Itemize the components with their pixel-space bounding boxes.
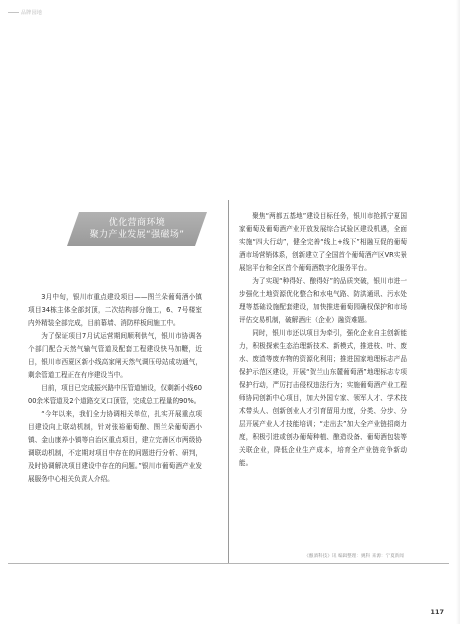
section-label: 品牌园地 [21, 9, 42, 16]
footer-rule [8, 563, 449, 564]
paragraph: “今年以来，我们全力协调相关单位，扎实开展重点项目建设向上联动机制，针对张裕葡萄… [28, 408, 202, 486]
article-source-credit: 《酿酒科技》讯 编辑整理：姚科 来源：宁夏新闻 [304, 553, 404, 559]
paragraph: 为了实现“种得好、酿得好”的品质突破，银川市进一步强化土地资源优化整合和水电气路… [239, 275, 407, 327]
column-divider [228, 200, 229, 564]
right-column: 聚焦“两都五基地”建设目标任务，银川市抢抓宁夏国家葡萄及葡萄酒产业开放发展综合试… [239, 210, 407, 470]
banner-title-line-1: 优化营商环境 [109, 217, 165, 229]
left-column: 3月中旬，银川市重点建设项目——图兰朵葡萄酒小镇项目34栋主体全部封顶，二次结构… [28, 291, 202, 486]
paragraph: 3月中旬，银川市重点建设项目——图兰朵葡萄酒小镇项目34栋主体全部封顶，二次结构… [28, 291, 202, 330]
running-head: 品牌园地 [8, 9, 42, 16]
paragraph: 同时，银川市还以项目为牵引，强化企业自主创新能力，积极探索生态治理新技术、新模式… [239, 327, 407, 470]
paragraph: 目前，项目已完成振兴路中压管道铺设，仅剩新小线6000余米管道及2个道路交叉口顶… [28, 382, 202, 408]
page-edge-shadow [456, 0, 460, 624]
running-head-rule [8, 12, 19, 13]
paragraph: 聚焦“两都五基地”建设目标任务，银川市抢抓宁夏国家葡萄及葡萄酒产业开放发展综合试… [239, 210, 407, 275]
page-number: 117 [430, 608, 444, 616]
paragraph: 为了保证项目7月试运营期间顺利供气，银川市协调各个部门配合天然气输气管道及配套工… [28, 330, 202, 382]
section-title-banner: 优化营商环境 聚力产业发展“强磁场” [67, 212, 207, 246]
banner-title-line-2: 聚力产业发展“强磁场” [90, 229, 185, 241]
